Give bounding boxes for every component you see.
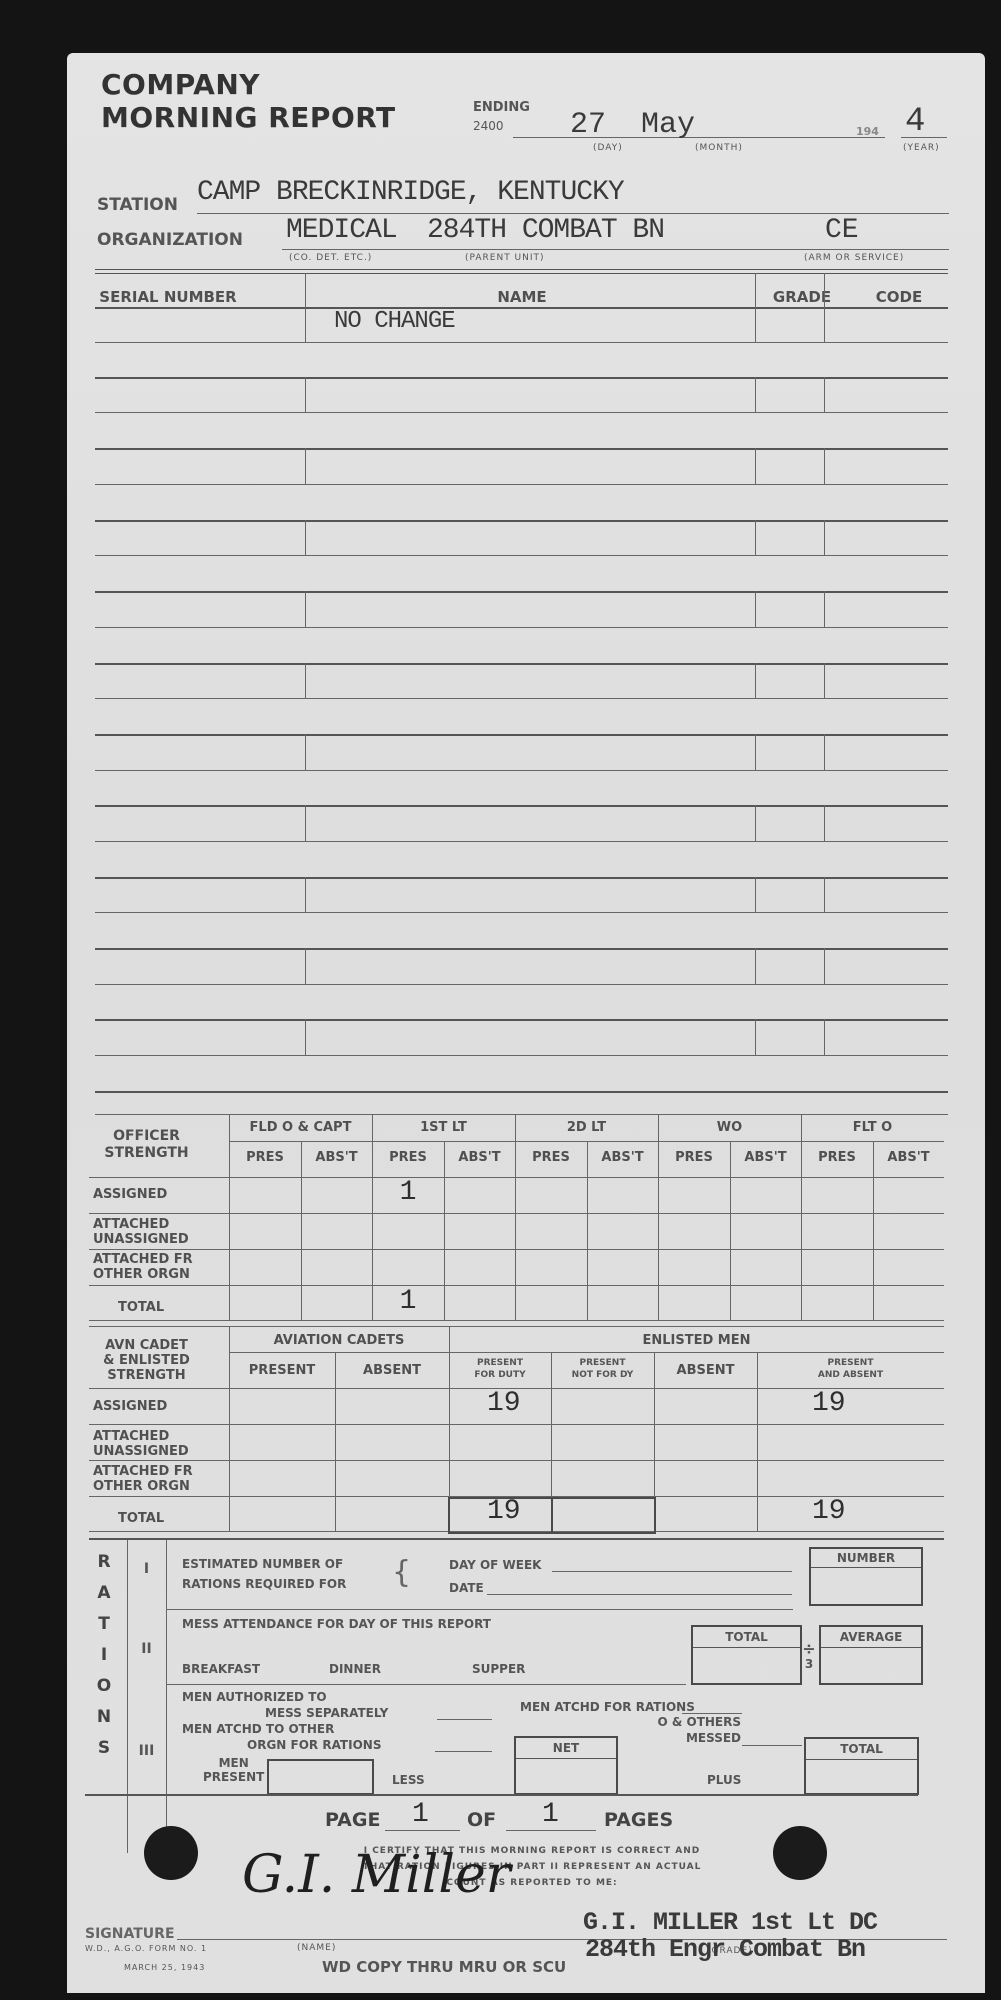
date-underline: [513, 137, 885, 138]
subcol-abst: ABS'T: [301, 1150, 372, 1165]
organization-unit: MEDICAL: [286, 215, 397, 246]
average-box: AVERAGE: [819, 1625, 923, 1685]
part-i-line1: ESTIMATED NUMBER OF: [182, 1557, 343, 1571]
others-line2: MESSED: [649, 1731, 741, 1745]
signature-label: SIGNATURE: [85, 1926, 175, 1942]
col-line: FOR DUTY: [449, 1369, 551, 1381]
total-present-not-for-duty-box: [551, 1497, 656, 1534]
month-caption: (MONTH): [695, 143, 743, 153]
plus-label: PLUS: [707, 1773, 741, 1787]
unit-caption: (CO. DET. ETC.): [289, 253, 372, 263]
roster-top-rule-2: [95, 273, 948, 274]
day-of-week-label: DAY OF WEEK: [449, 1558, 541, 1572]
enlisted-total-present-and-absent: 19: [812, 1496, 872, 1527]
grid-v: [658, 1115, 659, 1320]
grid-v: [757, 1352, 758, 1531]
organization-underline: [282, 249, 949, 250]
subcol-abst: ABS'T: [587, 1150, 658, 1165]
col-present-not-for-duty: PRESENT NOT FOR DY: [551, 1357, 654, 1381]
year-prefix: 194: [856, 125, 879, 138]
rations-total-box: TOTAL: [804, 1737, 919, 1795]
grid-v: [444, 1141, 445, 1320]
handwritten-signature: G.I. Miller: [242, 1845, 511, 1905]
enlisted-bottom-rule: [89, 1538, 944, 1540]
men-present-box[interactable]: [267, 1759, 374, 1795]
auth-line1: MEN AUTHORIZED TO: [182, 1690, 327, 1704]
less-label: LESS: [392, 1773, 425, 1787]
grid-v: [301, 1141, 302, 1320]
breakfast-label: BREAKFAST: [182, 1662, 260, 1676]
officer-title-2: STRENGTH: [89, 1145, 204, 1162]
net-box: NET: [514, 1736, 618, 1795]
rations-divider: [166, 1540, 167, 1853]
form-number: W.D., A.G.O. FORM NO. 1: [85, 1944, 207, 1953]
rations-letter: I: [89, 1640, 119, 1671]
others-messed-field[interactable]: [742, 1745, 802, 1746]
grid-v: [730, 1141, 731, 1320]
divide-icon: ÷: [800, 1639, 818, 1658]
grid-v: [801, 1115, 802, 1320]
day-caption: (DAY): [593, 143, 623, 153]
brace-icon: {: [392, 1553, 411, 1593]
rations-divider: [127, 1540, 128, 1853]
rations-letter: N: [89, 1702, 119, 1733]
grid-v: [335, 1352, 336, 1531]
rations-letter: O: [89, 1671, 119, 1702]
subcol-pres: PRES: [658, 1150, 730, 1165]
officer-title-1: OFFICER: [89, 1128, 204, 1145]
organization-parent-unit: 284TH COMBAT BN: [427, 215, 664, 246]
enlisted-group-rule: [229, 1352, 944, 1353]
enlisted-rule: [89, 1424, 944, 1425]
day-of-week-field[interactable]: [552, 1571, 792, 1572]
officer-rule: [89, 1320, 944, 1321]
col-serial-number: SERIAL NUMBER: [93, 288, 243, 306]
ending-time: 2400: [473, 119, 504, 133]
officer-assigned-1stlt-pres: 1: [372, 1177, 444, 1208]
col-present-and-absent: PRESENT AND ABSENT: [757, 1357, 944, 1381]
ending-label: ENDING: [473, 100, 530, 115]
officer-row-attached-unassigned: ATTACHED UNASSIGNED: [93, 1217, 189, 1247]
copy-note: WD COPY THRU MRU OR SCU: [322, 1958, 566, 1976]
enlisted-title-1: AVN CADET: [89, 1338, 204, 1353]
arm-caption: (ARM OR SERVICE): [804, 253, 904, 263]
page-number: 1: [412, 1799, 429, 1830]
rations-rule: [166, 1609, 793, 1610]
col-cadets-absent: ABSENT: [335, 1363, 449, 1378]
atchd-line1: MEN ATCHD TO OTHER: [182, 1722, 334, 1736]
subcol-pres: PRES: [229, 1150, 301, 1165]
supper-label: SUPPER: [472, 1662, 525, 1676]
number-box-label: NUMBER: [811, 1549, 921, 1568]
mess-separately-field[interactable]: [437, 1719, 492, 1720]
signer-name-grade: G.I. MILLER 1st Lt DC: [583, 1908, 877, 1937]
roster-divider: [755, 273, 756, 308]
part-i-line2: RATIONS REQUIRED FOR: [182, 1577, 346, 1591]
enlisted-assigned-present-and-absent: 19: [812, 1388, 872, 1419]
rations-total-label: TOTAL: [806, 1739, 917, 1760]
col-present-for-duty: PRESENT FOR DUTY: [449, 1357, 551, 1381]
subcol-pres: PRES: [801, 1150, 873, 1165]
grid-v: [587, 1141, 588, 1320]
officer-rule: [89, 1177, 944, 1178]
station-label: STATION: [97, 195, 178, 215]
average-label: AVERAGE: [821, 1627, 921, 1648]
year-caption: (YEAR): [903, 143, 940, 153]
roster-header-rule: [95, 307, 948, 309]
col-line: PRESENT: [757, 1357, 944, 1369]
col-cadets-present: PRESENT: [229, 1363, 335, 1378]
row-label-line: UNASSIGNED: [93, 1444, 189, 1459]
form-date: MARCH 25, 1943: [124, 1963, 205, 1972]
col-line: AND ABSENT: [757, 1369, 944, 1381]
morning-report-form: COMPANY MORNING REPORT ENDING 2400 27 Ma…: [67, 53, 985, 1993]
subcol-abst: ABS'T: [444, 1150, 515, 1165]
grid-v: [515, 1115, 516, 1320]
number-box: NUMBER: [809, 1547, 923, 1606]
label-line: PRESENT: [203, 1770, 264, 1784]
grid-v: [873, 1141, 874, 1320]
rations-letter: A: [89, 1578, 119, 1609]
subcol-abst: ABS'T: [730, 1150, 801, 1165]
signer-unit: 284th Engr Combat Bn: [585, 1935, 865, 1964]
rations-rule: [166, 1684, 686, 1685]
col-enlisted-absent: ABSENT: [654, 1363, 757, 1378]
enlisted-men-group: ENLISTED MEN: [449, 1333, 944, 1348]
officer-group-1st-lt: 1ST LT: [372, 1120, 515, 1135]
officer-strength-title: OFFICER STRENGTH: [89, 1128, 204, 1162]
enlisted-total-present-for-duty: 19: [487, 1496, 547, 1527]
officer-group-flt-o: FLT O: [801, 1120, 944, 1135]
part-iii-numeral: III: [127, 1743, 166, 1759]
station-value: CAMP BRECKINRIDGE, KENTUCKY: [197, 177, 624, 208]
officer-row-attached-other: ATTACHED FR OTHER ORGN: [93, 1252, 193, 1282]
col-line: NOT FOR DY: [551, 1369, 654, 1381]
rations-side-label: R A T I O N S: [89, 1547, 119, 1764]
col-name: NAME: [317, 288, 727, 306]
divisor: 3: [800, 1657, 818, 1671]
part-i-numeral: I: [127, 1561, 166, 1577]
page-underline: [385, 1830, 460, 1831]
atchd-line2: ORGN FOR RATIONS: [247, 1738, 381, 1752]
rations-letter: R: [89, 1547, 119, 1578]
enlisted-rule: [89, 1460, 944, 1461]
station-underline: [197, 213, 949, 214]
officer-total-1stlt-pres: 1: [372, 1286, 444, 1317]
enlisted-strength-title: AVN CADET & ENLISTED STRENGTH: [89, 1338, 204, 1383]
aviation-cadets-group: AVIATION CADETS: [229, 1333, 449, 1348]
form-title-line2: MORNING REPORT: [101, 102, 396, 134]
men-atchd-rations-label: MEN ATCHD FOR RATIONS: [520, 1700, 695, 1714]
subcol-pres: PRES: [515, 1150, 587, 1165]
roster-divider: [824, 273, 825, 308]
date-field[interactable]: [487, 1594, 792, 1595]
officer-rule: [89, 1249, 944, 1250]
pages-label: PAGES: [604, 1809, 673, 1831]
enlisted-row-attached-other: ATTACHED FR OTHER ORGN: [93, 1464, 193, 1494]
roster-divider: [305, 273, 306, 308]
mess-total-box: TOTAL: [691, 1625, 802, 1685]
officer-row-assigned: ASSIGNED: [93, 1187, 167, 1202]
organization-arm-service: CE: [825, 215, 859, 246]
dinner-label: DINNER: [329, 1662, 381, 1676]
others-line1: O & OTHERS: [649, 1715, 741, 1729]
enlisted-title-3: STRENGTH: [89, 1368, 204, 1383]
row-label-line: ATTACHED FR: [93, 1252, 193, 1267]
grid-v: [229, 1115, 230, 1320]
row-label-line: UNASSIGNED: [93, 1232, 189, 1247]
col-grade: GRADE: [747, 288, 857, 306]
subcol-abst: ABS'T: [873, 1150, 944, 1165]
label-line: MEN: [203, 1756, 264, 1770]
officer-rule: [89, 1285, 944, 1286]
total-pages-underline: [506, 1830, 596, 1831]
roster-top-rule: [95, 269, 948, 270]
rations-letter: S: [89, 1733, 119, 1764]
of-label: OF: [467, 1809, 496, 1831]
row-label-line: ATTACHED: [93, 1217, 189, 1232]
mess-attendance-title: MESS ATTENDANCE FOR DAY OF THIS REPORT: [182, 1617, 491, 1631]
subcol-pres: PRES: [372, 1150, 444, 1165]
officer-group-2d-lt: 2D LT: [515, 1120, 658, 1135]
row-label-line: ATTACHED FR: [93, 1464, 193, 1479]
rations-bottom-rule: [85, 1794, 918, 1796]
form-title-line1: COMPANY: [101, 69, 260, 101]
officer-row-total: TOTAL: [118, 1300, 164, 1315]
officer-group-fld-capt: FLD O & CAPT: [229, 1120, 372, 1135]
net-label: NET: [516, 1738, 616, 1759]
enlisted-assigned-present-for-duty: 19: [487, 1388, 547, 1419]
orgn-rations-field[interactable]: [435, 1751, 492, 1752]
officer-rule: [89, 1326, 944, 1327]
name-caption: (NAME): [297, 1943, 336, 1953]
rations-letter: T: [89, 1609, 119, 1640]
punch-hole-left: [144, 1826, 198, 1880]
officer-rule: [89, 1213, 944, 1214]
report-month: May: [641, 108, 695, 142]
atchd-rations-field[interactable]: [682, 1713, 742, 1714]
roster-row-name: NO CHANGE: [334, 308, 455, 335]
row-label-line: OTHER ORGN: [93, 1267, 193, 1282]
enlisted-title-2: & ENLISTED: [89, 1353, 204, 1368]
enlisted-row-total: TOTAL: [118, 1511, 164, 1526]
auth-line2: MESS SEPARATELY: [265, 1706, 388, 1720]
page-label: PAGE: [325, 1809, 380, 1831]
col-line: PRESENT: [551, 1357, 654, 1369]
parent-unit-caption: (PARENT UNIT): [465, 253, 545, 263]
mess-total-label: TOTAL: [693, 1627, 800, 1648]
grid-v: [229, 1326, 230, 1531]
row-label-line: OTHER ORGN: [93, 1479, 193, 1494]
col-line: PRESENT: [449, 1357, 551, 1369]
enlisted-row-attached-unassigned: ATTACHED UNASSIGNED: [93, 1429, 189, 1459]
row-label-line: ATTACHED: [93, 1429, 189, 1444]
report-year-digit: 4: [905, 103, 925, 141]
report-day: 27: [570, 108, 606, 142]
enlisted-row-assigned: ASSIGNED: [93, 1399, 167, 1414]
page-total: 1: [542, 1799, 559, 1830]
men-present-label: MEN PRESENT: [203, 1756, 264, 1784]
organization-label: ORGANIZATION: [97, 230, 243, 250]
officer-group-wo: WO: [658, 1120, 801, 1135]
part-ii-numeral: II: [127, 1641, 166, 1657]
col-code: CODE: [849, 288, 949, 306]
date-label: DATE: [449, 1581, 484, 1595]
